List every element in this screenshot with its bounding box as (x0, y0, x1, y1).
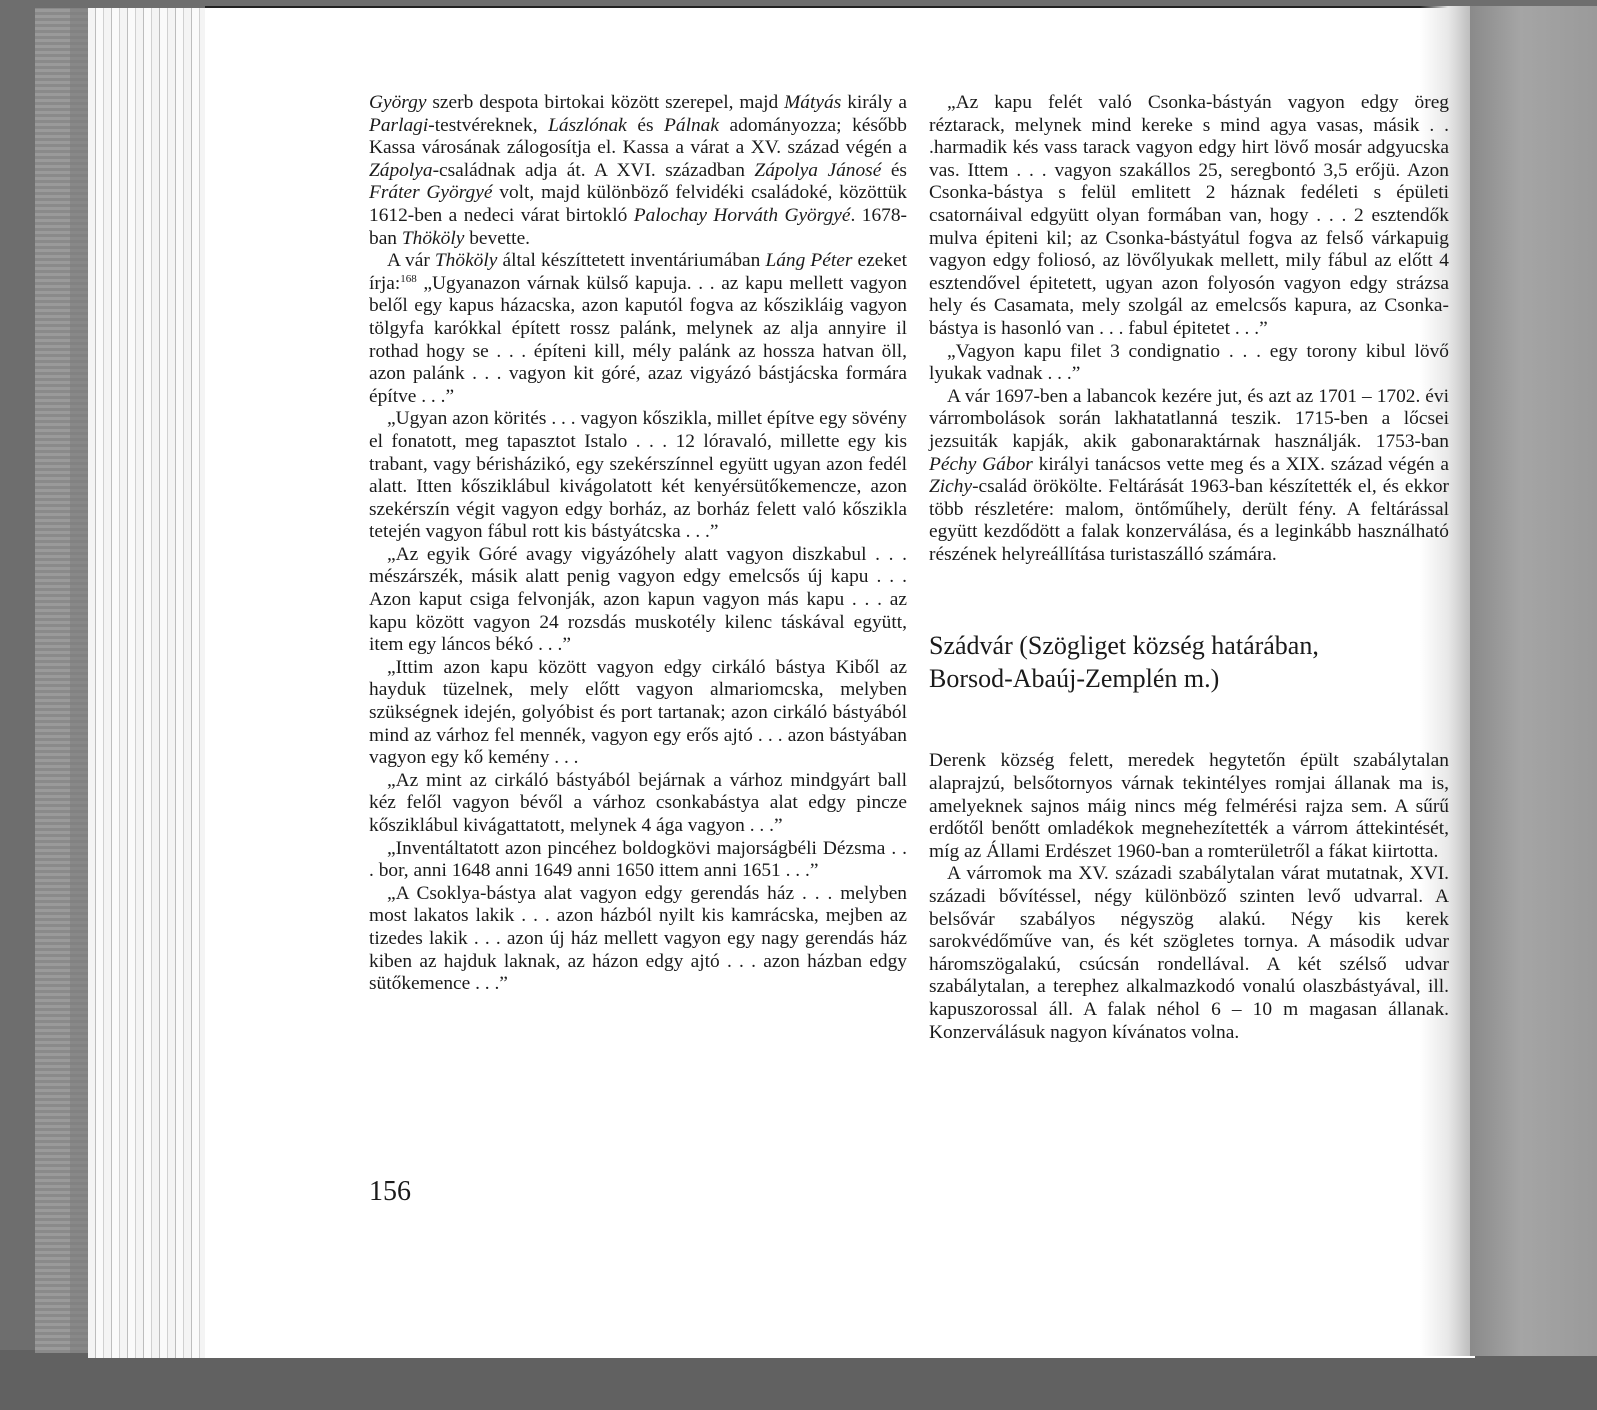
section-heading-szadvar: Szádvár (Szögliget község határában, Bor… (929, 629, 1449, 695)
paragraph: A vár 1697-ben a labancok kezére jut, és… (929, 386, 1449, 567)
paragraph: „Ugyan azon körités . . . vagyon kőszikl… (369, 408, 907, 544)
paragraph: A vár Thököly által készíttetett inventá… (369, 250, 907, 408)
right-page-text-before-heading: „Az kapu felét való Csonka-bástyán vagyo… (929, 92, 1449, 566)
heading-line-2: Borsod-Abaúj-Zemplén m.) (929, 664, 1219, 693)
paragraph: „Az egyik Góré avagy vigyázóhely alatt v… (369, 544, 907, 657)
paragraph: „Az kapu felét való Csonka-bástyán vagyo… (929, 92, 1449, 341)
gutter-shadow (1470, 6, 1597, 1356)
stacked-page-edges (88, 8, 218, 1358)
footnote-reference: 168 (400, 273, 417, 285)
right-page-text-after-heading: Derenk község felett, meredek hegytetőn … (929, 750, 1449, 1044)
left-page-column: György szerb despota birtokai között sze… (369, 92, 907, 996)
paragraph: „Inventáltatott azon pincéhez boldogkövi… (369, 838, 907, 883)
paragraph: Derenk község felett, meredek hegytetőn … (929, 750, 1449, 863)
paragraph: „Vagyon kapu filet 3 condignatio . . . e… (929, 341, 1449, 386)
scanner-background (0, 1350, 1597, 1410)
right-page-column: „Az kapu felét való Csonka-bástyán vagyo… (929, 92, 1449, 1044)
paragraph: „Ittim azon kapu között vagyon edgy cirk… (369, 657, 907, 770)
paragraph: A várromok ma XV. századi szabálytalan v… (929, 863, 1449, 1044)
paragraph: „A Csoklya-bástya alat vagyon edgy geren… (369, 883, 907, 996)
paragraph: György szerb despota birtokai között sze… (369, 92, 907, 250)
page-number: 156 (369, 1176, 411, 1208)
book-spine-shadow (70, 8, 90, 1353)
paragraph: „Az mint az cirkáló bástyából bejárnak a… (369, 770, 907, 838)
heading-line-1: Szádvár (Szögliget község határában, (929, 631, 1319, 660)
